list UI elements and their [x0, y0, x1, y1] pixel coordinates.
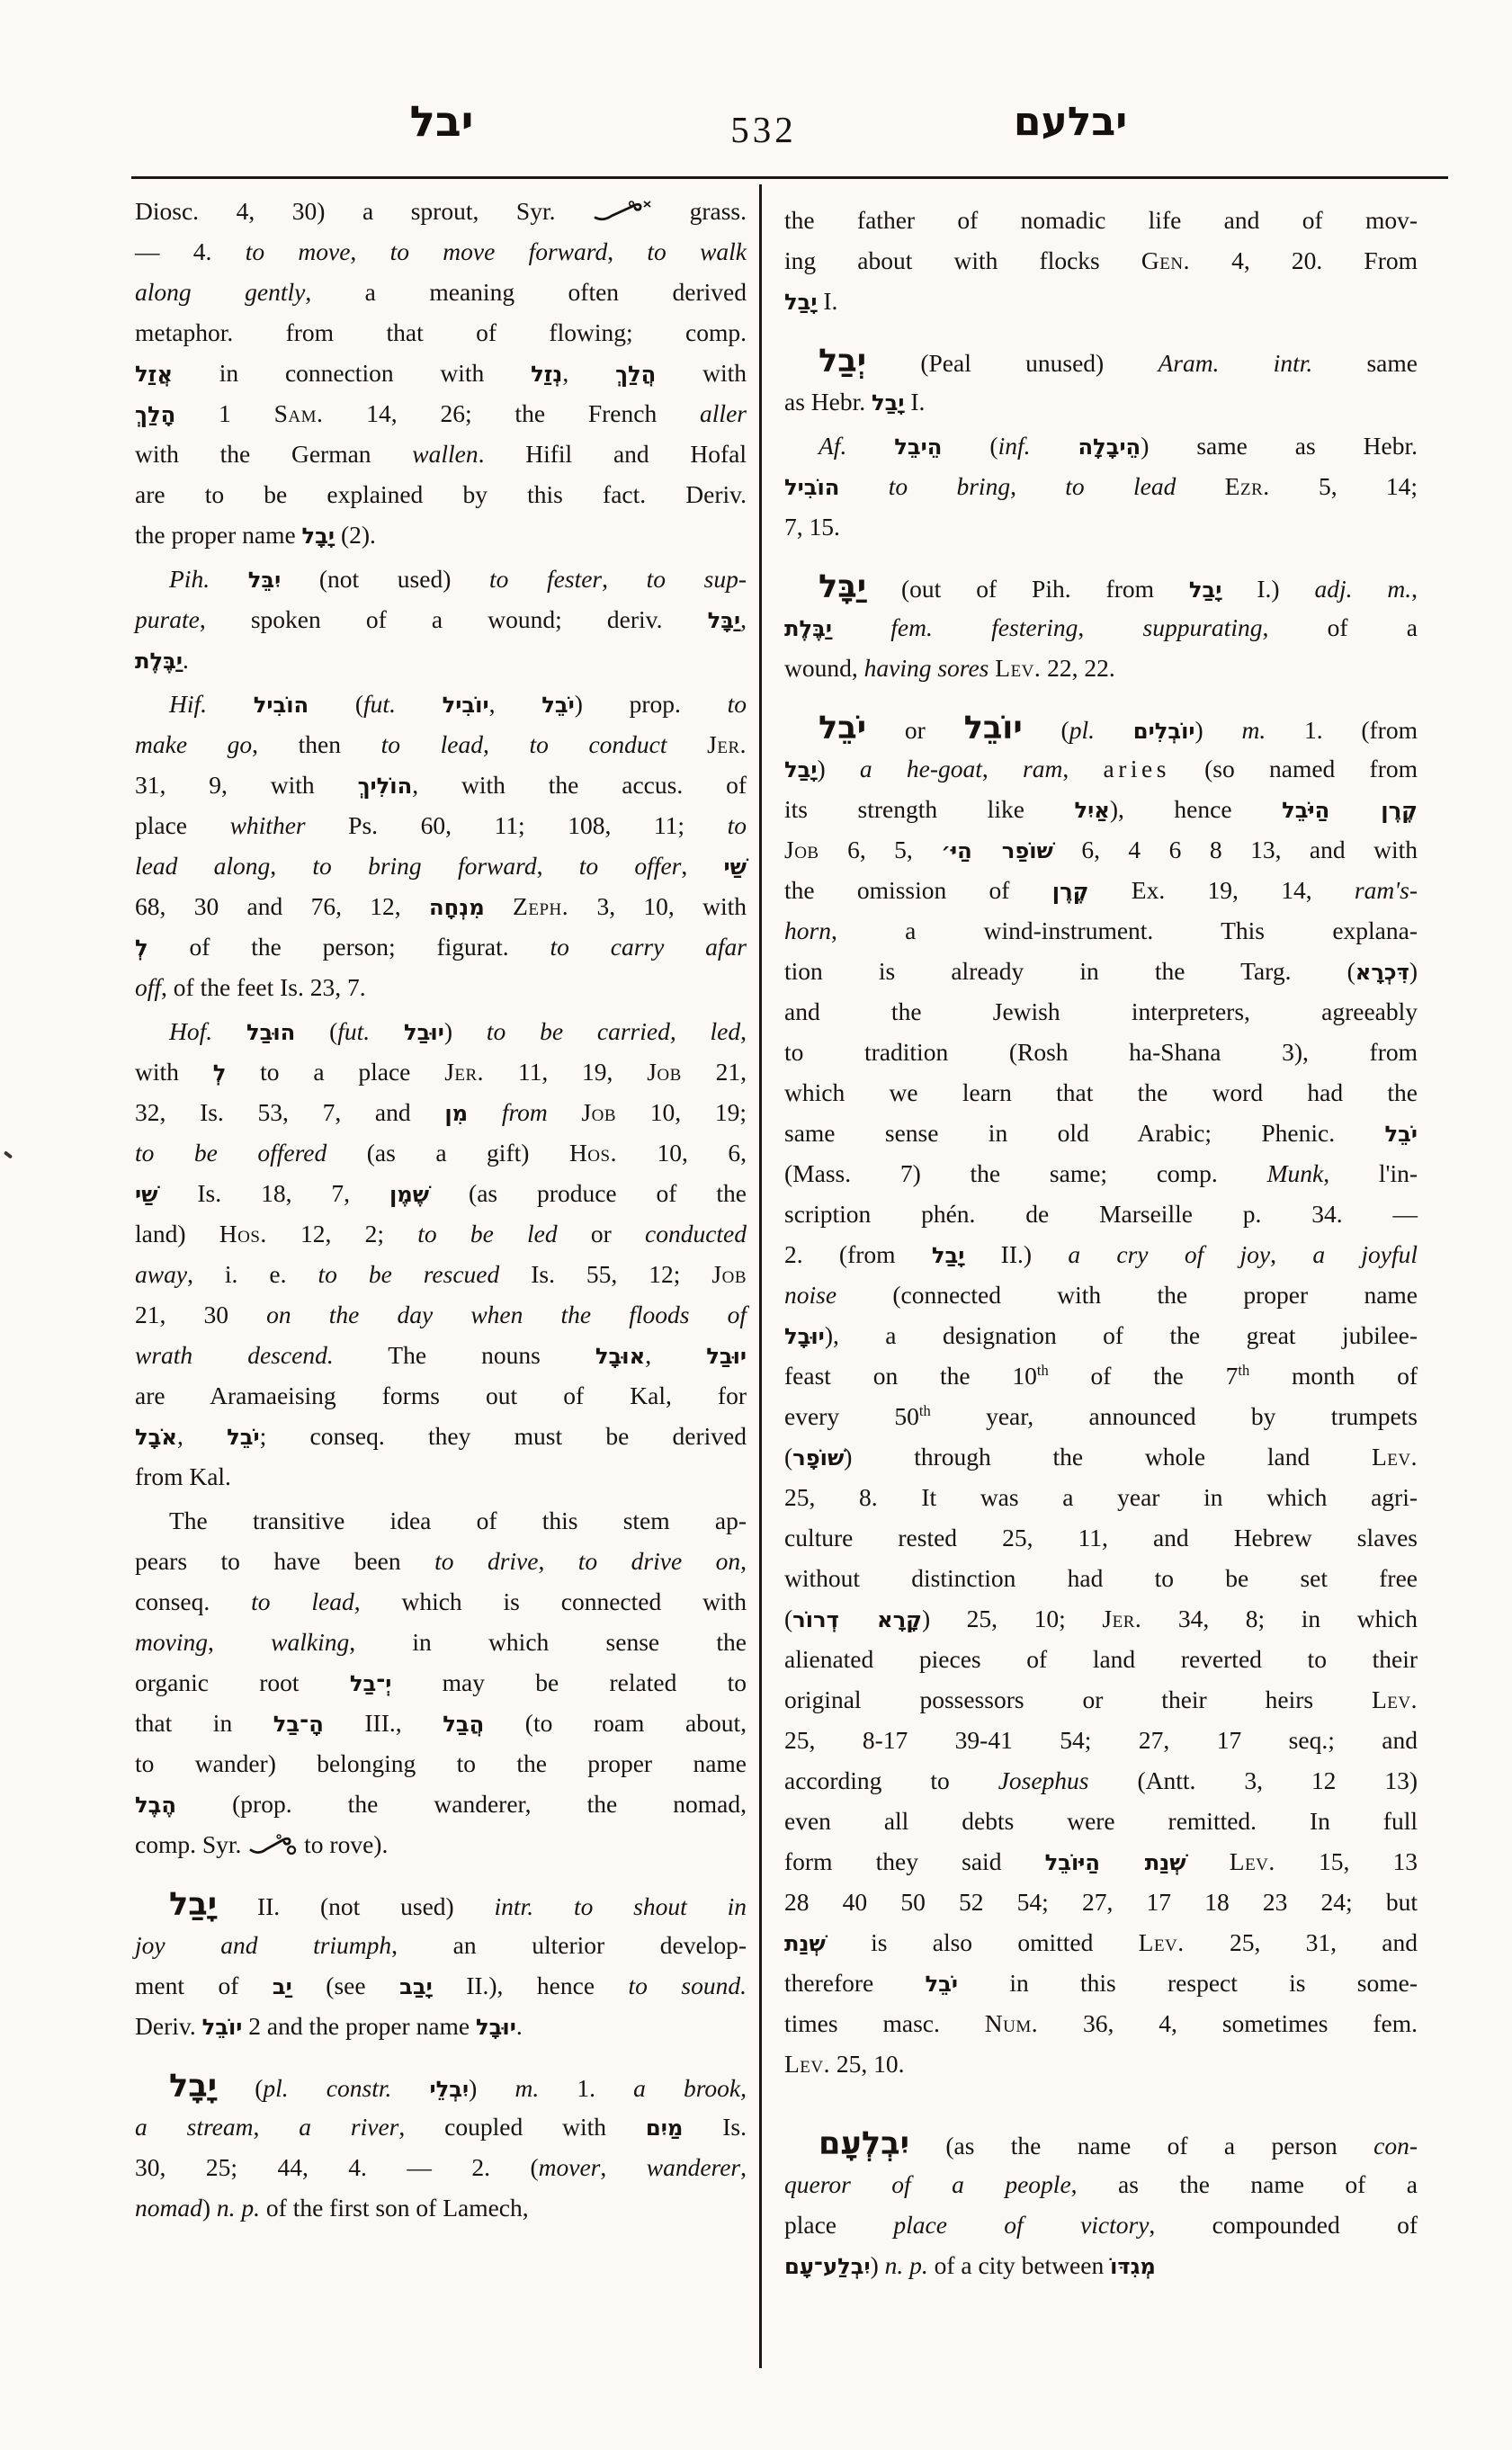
text-segment: alienated pieces of land reverted to the…: [784, 1645, 1418, 1673]
text-line: and the Jewish interpreters, agreeably: [784, 991, 1418, 1032]
text-segment: The transitive idea of this stem ap-: [169, 1507, 747, 1534]
text-line: its strength like אַיִל), hence קֶרֶן הַ…: [784, 789, 1418, 829]
italic-text: mover: [539, 2153, 601, 2181]
text-line: lead along, to bring forward, to offer, …: [135, 845, 747, 886]
text-segment: or: [866, 716, 963, 744]
text-segment: III.,: [324, 1709, 443, 1737]
italic-text: off: [135, 973, 161, 1001]
text-line: הֶבֶל (prop. the wanderer, the nomad,: [135, 1784, 747, 1824]
text-line: הוֹבִיל to bring, to lead Ezr. 5, 14;: [784, 466, 1418, 506]
hebrew-word: יִבְלַע־עָם: [784, 2254, 871, 2279]
text-line: joy and triumph, an ulterior develop-: [135, 1925, 747, 1965]
text-line: יָבַל II. (not used) intr. to shout in: [135, 1884, 747, 1925]
italic-text: m.: [1241, 716, 1266, 744]
text-segment: ,: [600, 2153, 646, 2181]
scripture-reference: Lev.: [995, 654, 1041, 682]
hebrew-word: שַׁי: [724, 854, 747, 880]
text-line: land) Hos. 12, 2; to be led or conducted: [135, 1213, 747, 1254]
text-segment: Is. 18, 7,: [157, 1179, 389, 1207]
text-segment: conseq.: [135, 1587, 251, 1615]
text-segment: [839, 472, 888, 500]
text-segment: ): [444, 1017, 487, 1045]
text-line: (Mass. 7) the same; comp. Munk, l'in-: [784, 1153, 1418, 1194]
hebrew-word: נְזַל: [531, 362, 562, 387]
text-line: 21, 30 on the day when the floods of: [135, 1294, 747, 1335]
text-segment: tion is already in the Targ. (: [784, 957, 1355, 985]
scripture-reference: Job: [581, 1098, 616, 1126]
text-line: יַבֶּלֶת.: [135, 639, 747, 680]
scripture-reference: Jer.: [1102, 1605, 1141, 1632]
italic-text: to lead: [1065, 472, 1176, 500]
text-line: organic root יְ־בַל may be related to: [135, 1662, 747, 1703]
text-line: are to be explained by this fact. Deriv.: [135, 474, 747, 514]
text-line: יֹבֵל or יוֹבֵל (pl. יוֹבְלִים) m. 1. (f…: [784, 708, 1418, 748]
hebrew-word: יְ־בַל: [350, 1671, 392, 1696]
text-segment: , a meaning often derived: [305, 278, 747, 306]
text-line: away, i. e. to be rescued Is. 55, 12; Jo…: [135, 1254, 747, 1294]
text-segment: ,: [489, 690, 542, 718]
hebrew-word: מִנְחָה: [429, 895, 485, 920]
text-segment: 34, 8; in which: [1141, 1605, 1418, 1632]
italic-text: away: [135, 1260, 187, 1288]
italic-text: whither: [230, 811, 306, 839]
italic-text: con-: [1373, 2132, 1418, 2159]
text-segment: every 50: [784, 1402, 919, 1430]
hebrew-word: יַבֶּלֶת: [135, 648, 183, 674]
text-segment: grass.: [652, 197, 747, 225]
italic-text: ram: [1023, 755, 1062, 782]
text-line: לְ of the person; figurat. to carry afar: [135, 926, 747, 967]
italic-text: pl.: [1069, 716, 1095, 744]
scripture-reference: Zeph.: [513, 892, 568, 920]
text-segment: or: [558, 1220, 645, 1247]
text-line: place place of victory, compounded of: [784, 2204, 1418, 2245]
text-line: moving, walking, in which sense the: [135, 1622, 747, 1662]
entry: יָבָל (pl. constr. יִבְלֵי) m. 1. a broo…: [135, 2066, 747, 2228]
text-segment: in connection with: [173, 359, 531, 387]
text-segment: [1095, 716, 1133, 744]
text-segment: that in: [135, 1709, 273, 1737]
text-segment: 36, 4, sometimes fem.: [1038, 2009, 1418, 2037]
text-segment: (: [784, 1605, 792, 1632]
text-segment: ment of: [135, 1972, 273, 1999]
syriac-word: [593, 197, 652, 225]
text-segment: ,: [1078, 613, 1142, 641]
text-line: wrath descend. The nouns אוּבָל, יוּבַל: [135, 1335, 747, 1375]
text-segment: and the Jewish interpreters, agreeably: [784, 997, 1418, 1025]
text-segment: ,: [538, 1547, 577, 1575]
text-line: Diosc. 4, 30) a sprout, Syr. grass.: [135, 191, 747, 231]
hebrew-word: הָ־בַל: [273, 1712, 324, 1737]
italic-text: place of victory: [893, 2211, 1149, 2239]
hebrew-word: מַיִם: [646, 2115, 683, 2141]
entry: יֹבֵל or יוֹבֵל (pl. יוֹבְלִים) m. 1. (f…: [784, 708, 1418, 2084]
text-segment: 28 40 50 52 54; 27, 17 18 23 24; but: [784, 1888, 1418, 1916]
text-segment: ,: [740, 1547, 747, 1575]
text-line: noise (connected with the proper name: [784, 1274, 1418, 1315]
text-segment: even all debts were remitted. In full: [784, 1807, 1418, 1835]
text-segment: pears to have been: [135, 1547, 434, 1575]
text-segment: [370, 1017, 404, 1045]
text-segment: with the German: [135, 440, 412, 468]
text-segment: wound,: [784, 654, 864, 682]
hebrew-word: יַבָּל: [708, 608, 741, 633]
text-segment: , spoken of a wound; deriv.: [200, 605, 708, 633]
text-segment: ): [1409, 957, 1418, 985]
text-segment: ,: [1010, 472, 1065, 500]
text-line: queror of a people, as the name of a: [784, 2164, 1418, 2204]
text-segment: ,: [483, 730, 530, 758]
hebrew-headword: יְבַל: [819, 343, 866, 380]
hebrew-word: יָבַל: [1189, 577, 1222, 603]
italic-text: to: [728, 811, 747, 839]
hebrew-word: יוּבַל: [706, 1344, 747, 1369]
entry: יִבְלְעָם (as the name of a person con-q…: [784, 2124, 1418, 2285]
text-line: יַבָּל (out of Pih. from יָבַל I.) adj. …: [784, 567, 1418, 607]
text-segment: ,: [208, 1628, 271, 1656]
text-segment: same: [1312, 349, 1418, 377]
text-segment: [391, 2074, 429, 2102]
text-segment: [212, 1017, 246, 1045]
scripture-reference: Sam.: [274, 399, 324, 427]
hebrew-word: יָבָל: [302, 523, 336, 549]
text-segment: ), hence: [1110, 795, 1282, 823]
hebrew-word: הוֹלִיךְ: [358, 773, 413, 799]
text-line: the father of nomadic life and of mov-: [784, 200, 1418, 240]
text-line: horn, a wind-instrument. This explana-: [784, 910, 1418, 951]
text-segment: (not used): [281, 565, 489, 593]
text-segment: ,: [1270, 1240, 1312, 1268]
text-line: with לְ to a place Jer. 11, 19, Job 21,: [135, 1051, 747, 1092]
text-line: 30, 25; 44, 4. — 2. (mover, wanderer,: [135, 2147, 747, 2187]
text-segment: The nouns: [334, 1341, 595, 1369]
text-segment: (: [217, 2074, 263, 2102]
text-line: 25, 8-17 39-41 54; 27, 17 seq.; and: [784, 1720, 1418, 1760]
text-line: tion is already in the Targ. (דִּכְרָא): [784, 951, 1418, 991]
italic-text: n. p.: [885, 2251, 928, 2279]
text-line: 32, Is. 53, 7, and מִן from Job 10, 19;: [135, 1092, 747, 1132]
spaced-text: aries: [1103, 755, 1169, 782]
text-segment: 25, 8. It was a year in which agri-: [784, 1483, 1418, 1511]
text-segment: ,: [177, 1422, 227, 1450]
text-segment: 2. (from: [784, 1240, 932, 1268]
hebrew-word: קָרָא דְרוֹר: [792, 1607, 922, 1632]
text-segment: I.: [905, 388, 926, 416]
text-segment: ,: [740, 2153, 747, 2181]
scripture-reference: Ezr.: [1225, 472, 1270, 500]
text-segment: of a city between: [928, 2251, 1110, 2279]
hebrew-word: שַׁי: [135, 1182, 157, 1207]
text-segment: 6, 5,: [819, 836, 942, 863]
text-segment: without distinction had to be set free: [784, 1564, 1418, 1592]
text-segment: (see: [292, 1972, 399, 1999]
italic-text: Pih.: [169, 565, 210, 593]
text-segment: Is.: [683, 2113, 747, 2141]
scripture-reference: Hos.: [219, 1220, 267, 1247]
italic-text: to carry afar: [550, 933, 747, 961]
italic-text: to move: [246, 237, 351, 265]
text-line: without distinction had to be set free: [784, 1558, 1418, 1598]
text-segment: 21, 30: [135, 1301, 266, 1328]
text-segment: to a place: [226, 1058, 444, 1086]
text-segment: scription phén. de Marseille p. 34. —: [784, 1200, 1418, 1228]
text-segment: (connected with the proper name: [837, 1281, 1418, 1309]
italic-text: along gently: [135, 278, 305, 306]
italic-text: wanderer: [647, 2153, 740, 2181]
italic-text: on the day when the floods of: [266, 1301, 747, 1328]
text-line: Hof. הוּבַל (fut. יוּבַל) to be carried,…: [135, 1011, 747, 1051]
italic-text: to shout in: [574, 1892, 747, 1920]
hebrew-word: יִבְלֵי: [430, 2077, 470, 2102]
text-segment: as Hebr.: [784, 388, 872, 416]
text-line: — 4. to move, to move forward, to walk: [135, 231, 747, 272]
text-segment: [210, 565, 248, 593]
italic-text: conducted: [645, 1220, 747, 1247]
text-segment: 5, 14;: [1270, 472, 1418, 500]
italic-text: aller: [700, 399, 747, 427]
hebrew-word: אַיִל: [1074, 798, 1109, 823]
italic-text: n. p.: [217, 2194, 260, 2222]
text-segment: ) 25, 10;: [922, 1605, 1102, 1632]
italic-text: adj. m.: [1314, 575, 1411, 603]
italic-text: to lead: [381, 730, 483, 758]
text-segment: 1.: [539, 2074, 633, 2102]
text-line: that in הָ־בַל III., הֲבַל (to roam abou…: [135, 1703, 747, 1743]
italic-text: to bring: [889, 472, 1010, 500]
italic-text: pl. constr.: [263, 2074, 391, 2102]
text-segment: the proper name: [135, 521, 302, 549]
text-line: 68, 30 and 76, 12, מִנְחָה Zeph. 3, 10, …: [135, 886, 747, 926]
text-segment: 12, 2;: [267, 1220, 417, 1247]
text-segment: ): [1195, 716, 1242, 744]
header-rule: [131, 176, 1448, 179]
text-segment: 2 and the proper name: [242, 2012, 476, 2040]
hebrew-word: יוֹבִיל: [443, 693, 489, 718]
text-segment: (as a gift): [327, 1139, 569, 1167]
text-segment: with: [135, 1058, 213, 1086]
italic-text: to walk: [647, 237, 747, 265]
text-segment: 11, 19,: [484, 1058, 647, 1086]
hebrew-word: הָלַךְ: [135, 402, 175, 427]
text-segment: 25, 31, and: [1185, 1928, 1418, 1956]
text-line: pears to have been to drive, to drive on…: [135, 1541, 747, 1581]
hebrew-word: יַב: [273, 1974, 292, 1999]
italic-text: moving: [135, 1628, 208, 1656]
scripture-reference: Lev.: [784, 2050, 830, 2078]
italic-text: to fester: [489, 565, 602, 593]
text-line: to wander) belonging to the proper name: [135, 1743, 747, 1784]
hebrew-word: שֶׁמֶן: [389, 1182, 429, 1207]
hebrew-headword: יָבָל: [169, 2068, 217, 2105]
text-line: off, of the feet Is. 23, 7.: [135, 967, 747, 1007]
text-segment: .: [516, 2012, 523, 2040]
text-line: שְׁנַת is also omitted Lev. 25, 31, and: [784, 1922, 1418, 1963]
text-segment: (as produce of the: [429, 1179, 747, 1207]
italic-text: to sup-: [647, 565, 747, 593]
text-line: conseq. to lead, which is connected with: [135, 1581, 747, 1622]
text-segment: , of a: [1262, 613, 1418, 641]
text-line: which we learn that the word had the: [784, 1072, 1418, 1113]
text-segment: ,: [562, 359, 615, 387]
text-line: שַׁי Is. 18, 7, שֶׁמֶן (as produce of th…: [135, 1173, 747, 1213]
text-segment: to wander) belonging to the proper name: [135, 1749, 747, 1777]
text-line: the omission of קֶרֶן Ex. 19, 14, ram's-: [784, 870, 1418, 910]
text-segment: ,: [602, 565, 647, 593]
hebrew-word: שְׁנַת: [784, 1931, 826, 1956]
hebrew-word: הוּבַל: [246, 1020, 295, 1045]
text-segment: .: [183, 646, 189, 674]
text-segment: original possessors or their heirs: [784, 1685, 1372, 1713]
text-line: even all debts were remitted. In full: [784, 1801, 1418, 1841]
hebrew-word: אוּבָל: [595, 1344, 645, 1369]
text-segment: 10, 6,: [617, 1139, 747, 1167]
text-segment: 14, 26; the French: [323, 399, 700, 427]
hebrew-word: יָבַל: [872, 390, 905, 416]
text-segment: ) through the whole land: [844, 1443, 1372, 1471]
italic-text: inf.: [998, 432, 1031, 460]
hebrew-word: שׁוֹפָר: [792, 1445, 844, 1471]
text-segment: , in which sense the: [349, 1628, 747, 1656]
text-line: יְבַל (Peal unused) Aram. intr. same: [784, 341, 1418, 381]
italic-text: to bring forward: [312, 852, 536, 880]
italic-text: suppurating: [1143, 613, 1263, 641]
hebrew-word: שׁוֹפַר הַיּ׳: [941, 838, 1053, 863]
text-segment: place: [784, 2211, 893, 2239]
text-line: יוּבָל), a designation of the great jubi…: [784, 1315, 1418, 1355]
scan-artifact: [4, 1150, 13, 1158]
text-line: Hif. הוֹבִיל (fut. יוֹבִיל, יֹבֵל) prop.…: [135, 684, 747, 724]
text-segment: II. (not used): [217, 1892, 494, 1920]
text-line: the proper name יָבָל (2).: [135, 514, 747, 555]
paragraph: Pih. יִבֵּל (not used) to fester, to sup…: [135, 559, 747, 680]
text-segment: [468, 1098, 502, 1126]
text-segment: ): [202, 2194, 217, 2222]
paragraph: Diosc. 4, 30) a sprout, Syr. grass.— 4. …: [135, 191, 747, 555]
text-line: הָלַךְ 1 Sam. 14, 26; the French aller: [135, 393, 747, 434]
hebrew-word: הֲלַךְ: [615, 362, 656, 387]
text-segment: [1030, 432, 1078, 460]
text-segment: land): [135, 1220, 219, 1247]
text-line: culture rested 25, 11, and Hebrew slaves: [784, 1517, 1418, 1558]
italic-text: to drive: [434, 1547, 538, 1575]
text-segment: to rove).: [298, 1830, 388, 1858]
text-segment: Diosc. 4, 30) a sprout, Syr.: [135, 197, 593, 225]
italic-text: Munk: [1267, 1159, 1324, 1187]
text-segment: 22, 22.: [1041, 654, 1115, 682]
hebrew-word: יָבַל: [932, 1243, 965, 1268]
italic-text: to lead: [251, 1587, 354, 1615]
text-segment: to tradition (Rosh ha-Shana 3), from: [784, 1038, 1418, 1066]
text-segment: 4, 20. From: [1190, 246, 1418, 274]
text-line: Lev. 25, 10.: [784, 2043, 1418, 2084]
text-segment: , then: [252, 730, 380, 758]
text-line: 25, 8. It was a year in which agri-: [784, 1477, 1418, 1517]
text-line: (שׁוֹפָר) through the whole land Lev.: [784, 1436, 1418, 1477]
text-line: feast on the 10th of the 7th month of: [784, 1355, 1418, 1396]
text-segment: ,: [982, 755, 1023, 782]
text-line: ment of יַב (see יָבַב II.), hence to so…: [135, 1965, 747, 2006]
syriac-word: [247, 1830, 298, 1858]
text-line: to be offered (as a gift) Hos. 10, 6,: [135, 1132, 747, 1173]
text-segment: ,: [607, 237, 647, 265]
scripture-reference: Lev.: [1372, 1443, 1418, 1471]
text-line: אֲזַל in connection with נְזַל, הֲלַךְ w…: [135, 353, 747, 393]
text-segment: [548, 1098, 582, 1126]
text-segment: (to roam about,: [484, 1709, 747, 1737]
text-segment: of the 7: [1049, 1362, 1239, 1390]
text-line: original possessors or their heirs Lev.: [784, 1679, 1418, 1720]
text-segment: — 4.: [135, 237, 246, 265]
italic-text: Josephus: [998, 1766, 1089, 1794]
text-segment: ): [871, 2251, 885, 2279]
italic-text: to be carried, led: [487, 1017, 740, 1045]
italic-text: to drive on: [578, 1547, 740, 1575]
hebrew-headword: יֹבֵל: [819, 710, 866, 747]
hebrew-word: דִּכְרָא: [1355, 960, 1409, 985]
column-left: Diosc. 4, 30) a sprout, Syr. grass.— 4. …: [135, 191, 747, 2228]
text-segment: ,: [740, 1017, 747, 1045]
scripture-reference: Gen.: [1141, 246, 1190, 274]
text-segment: Ps. 60, 11; 108, 11;: [306, 811, 728, 839]
text-segment: organic root: [135, 1668, 350, 1696]
italic-text: to offer: [579, 852, 682, 880]
text-line: purate, spoken of a wound; deriv. יַבָּל…: [135, 599, 747, 639]
text-line: as Hebr. יָבַל I.: [784, 381, 1418, 422]
italic-text: Hif.: [169, 690, 207, 718]
hebrew-word: שְׁנַת הַיּוֹבֵל: [1045, 1850, 1186, 1875]
hebrew-word: הֲבַל: [443, 1712, 484, 1737]
italic-text: a cry of joy: [1068, 1240, 1270, 1268]
text-segment: , with the accus. of: [412, 771, 747, 799]
hebrew-headword: יַבָּל: [819, 568, 866, 605]
hebrew-word: יוּבָל: [784, 1324, 825, 1349]
text-segment: 25, 8-17 39-41 54; 27, 17 seq.; and: [784, 1726, 1418, 1754]
text-segment: , coupled with: [398, 2113, 646, 2141]
text-segment: , which is connected with: [354, 1587, 747, 1615]
text-segment: of the first son of Lamech,: [260, 2194, 529, 2222]
text-segment: metaphor. from that of flowing; comp.: [135, 318, 747, 346]
text-segment: its strength like: [784, 795, 1074, 823]
text-segment: [485, 892, 513, 920]
text-segment: Is. 55, 12;: [499, 1260, 711, 1288]
hebrew-word: הוֹבִיל: [254, 693, 309, 718]
italic-text: noise: [784, 1281, 837, 1309]
scripture-reference: Jer.: [444, 1058, 484, 1086]
text-line: from Kal.: [135, 1456, 747, 1497]
paragraph: the father of nomadic life and of mov-in…: [784, 200, 1418, 321]
guide-word-left: יבל: [410, 97, 474, 147]
text-segment: , l'in-: [1323, 1159, 1418, 1187]
text-segment: 7, 15.: [784, 513, 840, 541]
text-segment: 10, 19;: [616, 1098, 747, 1126]
text-segment: ) prop.: [575, 690, 728, 718]
text-segment: feast on the 10: [784, 1362, 1037, 1390]
text-segment: comp. Syr.: [135, 1830, 247, 1858]
text-line: Af. הֵיבֵל (inf. הֵיבָלָה) same as Hebr.: [784, 425, 1418, 466]
text-segment: (prop. the wanderer, the nomad,: [176, 1790, 747, 1818]
hebrew-headword: יִבְלְעָם: [819, 2125, 909, 2162]
italic-text: purate: [135, 605, 200, 633]
text-segment: 15, 13: [1275, 1847, 1418, 1875]
scripture-reference: Job: [647, 1058, 682, 1086]
text-segment: , i. e.: [187, 1260, 318, 1288]
text-segment: [207, 690, 254, 718]
text-segment: same sense in old Arabic; Phenic.: [784, 1119, 1384, 1147]
text-line: אֹבָל, יֹבֵל; conseq. they must be deriv…: [135, 1416, 747, 1456]
superscript: th: [1238, 1362, 1249, 1379]
column-divider: [759, 184, 762, 2368]
text-line: alienated pieces of land reverted to the…: [784, 1639, 1418, 1679]
